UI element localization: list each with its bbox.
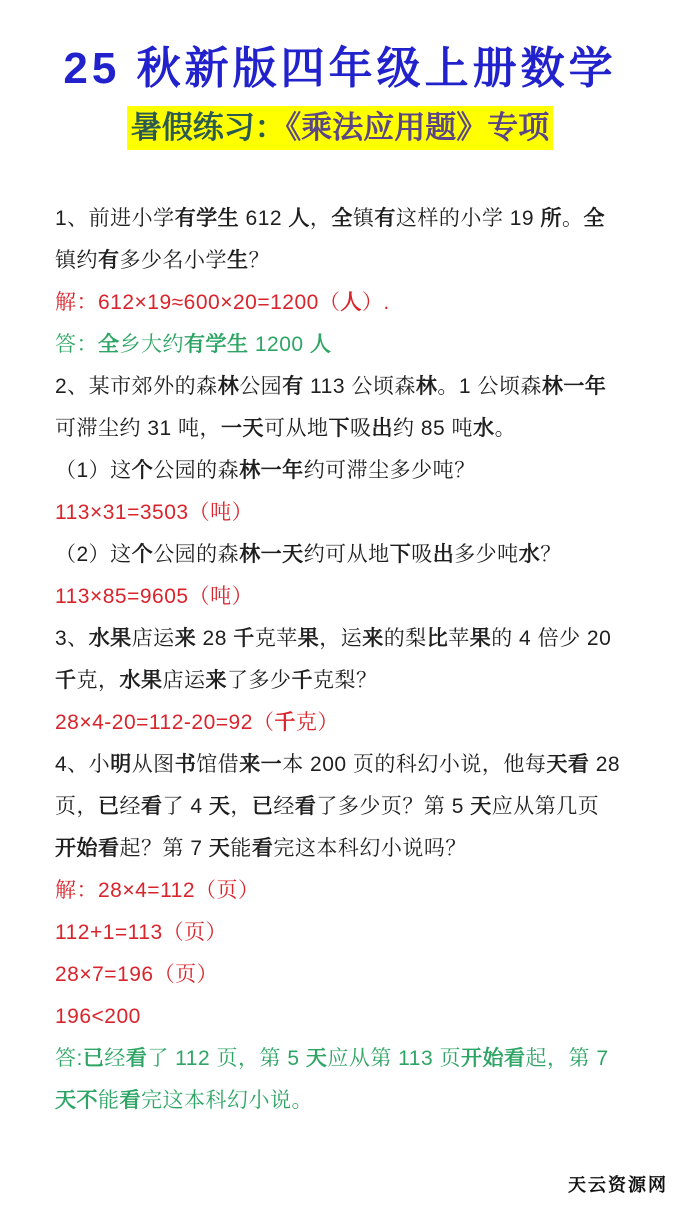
- text-segment-bold: 水: [473, 417, 495, 440]
- text-segment-bold: 书: [175, 753, 197, 776]
- text-segment-bold: 天: [306, 1047, 328, 1070]
- text-segment-bold: 千: [292, 669, 314, 692]
- text-segment-bold: 全: [331, 207, 353, 230]
- text-segment: 镇约: [55, 249, 98, 272]
- text-segment: 克）: [296, 711, 339, 734]
- text-line: 113×31=3503（吨）: [55, 492, 640, 534]
- page-title: 25 秋新版四年级上册数学: [0, 32, 680, 96]
- text-segment: 113×31=3503（吨）: [55, 501, 253, 524]
- text-segment: 4、小: [55, 753, 110, 776]
- text-line: 可滞尘约 31 吨，一天可从地下吸出约 85 吨水。: [55, 408, 640, 450]
- text-segment: 经: [273, 795, 295, 818]
- text-segment: 从图: [132, 753, 175, 776]
- text-segment-bold: 看: [295, 795, 317, 818]
- text-line: 113×85=9605（吨）: [55, 576, 640, 618]
- text-line: 3、水果店运来 28 千克苹果，运来的梨比苹果的 4 倍少 20: [55, 618, 640, 660]
- text-segment-bold: 有学生: [184, 333, 249, 356]
- text-segment: ）.: [362, 291, 390, 314]
- text-segment: 克，: [77, 669, 120, 692]
- text-line: 28×7=196（页）: [55, 954, 640, 996]
- text-segment-bold: 果: [298, 627, 320, 650]
- text-segment: 公园: [239, 375, 282, 398]
- text-line: （2）这个公园的森林一天约可从地下吸出多少吨水？: [55, 534, 640, 576]
- text-segment-bold: 林一天: [239, 543, 304, 566]
- text-segment-bold: 林一年: [239, 459, 304, 482]
- text-segment: 了多少: [227, 669, 292, 692]
- text-segment-bold: 来一: [239, 753, 282, 776]
- text-segment-bold: 果: [470, 627, 492, 650]
- text-segment: 店运: [163, 669, 206, 692]
- text-segment: 约 85 吨: [393, 417, 473, 440]
- text-segment: 馆借: [196, 753, 239, 776]
- document-lines: 1、前进小学有学生 612 人，全镇有这样的小学 19 所。全镇约有多少名小学生…: [55, 198, 640, 1122]
- text-segment: 经: [120, 795, 142, 818]
- text-segment: 113 公顷森: [304, 375, 416, 398]
- text-segment: （1）这: [55, 459, 132, 482]
- text-segment: 了 4: [163, 795, 209, 818]
- text-segment: 1200: [249, 333, 310, 356]
- text-segment-bold: 千: [55, 669, 77, 692]
- text-segment: 28: [589, 753, 620, 776]
- text-segment: 完这本科幻小说吗？: [273, 837, 467, 860]
- text-segment: 公园的森: [153, 459, 239, 482]
- text-segment-bold: 开始看: [461, 1047, 526, 1070]
- text-segment: 28×7=196（页）: [55, 963, 218, 986]
- text-segment-bold: 已: [252, 795, 274, 818]
- text-segment: 28×4-20=112-20=92（: [55, 711, 274, 734]
- text-segment: ，运: [319, 627, 362, 650]
- text-segment: 苹: [448, 627, 470, 650]
- text-line: 112+1=113（页）: [55, 912, 640, 954]
- text-segment: 吸: [350, 417, 372, 440]
- text-segment-bold: 人: [310, 333, 332, 356]
- text-segment-bold: 人: [288, 207, 310, 230]
- text-segment: 吸: [411, 543, 433, 566]
- text-segment-bold: 已: [98, 795, 120, 818]
- text-segment-bold: 看: [126, 1047, 148, 1070]
- text-segment: ？: [540, 543, 562, 566]
- text-line: 答：全乡大约有学生 1200 人: [55, 324, 640, 366]
- text-segment: 多少吨: [454, 543, 519, 566]
- text-segment-bold: 有: [282, 375, 304, 398]
- text-segment: 镇: [353, 207, 375, 230]
- text-segment: 本 200 页的科幻小说，他每: [282, 753, 546, 776]
- text-segment: 完这本科幻小说。: [141, 1089, 313, 1112]
- text-segment: 612: [239, 207, 288, 230]
- text-segment: 2、某市郊外的森: [55, 375, 218, 398]
- text-line: 开始看起？第 7 天能看完这本科幻小说吗？: [55, 828, 640, 870]
- text-segment: 的梨: [384, 627, 427, 650]
- text-segment-bold: 林: [416, 375, 438, 398]
- text-segment-bold: 全: [98, 333, 120, 356]
- text-segment-bold: 林: [218, 375, 240, 398]
- text-segment-bold: 开始看: [55, 837, 120, 860]
- text-segment: 的 4 倍少 20: [491, 627, 611, 650]
- text-segment: 解：612×19≈600×20=1200（: [55, 291, 340, 314]
- text-segment-bold: 水: [519, 543, 541, 566]
- text-segment: 克梨？: [313, 669, 378, 692]
- text-line: 页，已经看了 4 天，已经看了多少页？第 5 天应从第几页: [55, 786, 640, 828]
- text-line: 镇约有多少名小学生？: [55, 240, 640, 282]
- text-segment: 答:: [55, 1047, 83, 1070]
- text-segment: 113×85=9605（吨）: [55, 585, 253, 608]
- text-segment: 1、前进小学: [55, 207, 175, 230]
- text-segment: 多少名小学: [120, 249, 228, 272]
- text-segment-bold: 有: [98, 249, 120, 272]
- text-segment-bold: 天看: [546, 753, 589, 776]
- text-segment: 112+1=113（页）: [55, 921, 227, 944]
- text-segment: 。1 公顷森: [437, 375, 542, 398]
- text-segment: 乡大约: [120, 333, 185, 356]
- text-segment: ，: [310, 207, 332, 230]
- text-segment-bold: 看: [141, 795, 163, 818]
- text-segment-bold: 水果: [89, 627, 132, 650]
- text-segment-bold: 出: [372, 417, 394, 440]
- text-segment-bold: 千: [233, 627, 255, 650]
- text-segment-bold: 个: [132, 543, 154, 566]
- text-segment-bold: 明: [110, 753, 132, 776]
- text-segment: 公园的森: [153, 543, 239, 566]
- text-segment: 应从第几页: [492, 795, 600, 818]
- text-line: 答:已经看了 112 页，第 5 天应从第 113 页开始看起，第 7: [55, 1038, 640, 1080]
- text-segment-bold: 所: [540, 207, 562, 230]
- text-segment-bold: 下: [390, 543, 412, 566]
- text-segment-bold: 有: [374, 207, 396, 230]
- text-segment: 了 112 页，第 5: [147, 1047, 306, 1070]
- text-segment-bold: 出: [433, 543, 455, 566]
- watermark: 天云资源网: [568, 1171, 668, 1197]
- text-line: 4、小明从图书馆借来一本 200 页的科幻小说，他每天看 28: [55, 744, 640, 786]
- text-segment: 。: [562, 207, 584, 230]
- text-segment-bold: 水果: [120, 669, 163, 692]
- text-segment: 了多少页？第 5: [316, 795, 470, 818]
- text-line: 解：612×19≈600×20=1200（人）.: [55, 282, 640, 324]
- text-segment: 店运: [132, 627, 175, 650]
- text-segment-bold: 天不: [55, 1089, 98, 1112]
- text-segment: 约可滞尘多少吨？: [304, 459, 476, 482]
- text-line: 196<200: [55, 996, 640, 1038]
- text-segment-bold: 生: [227, 249, 249, 272]
- text-segment-bold: 来: [206, 669, 228, 692]
- text-line: 2、某市郊外的森林公园有 113 公顷森林。1 公顷森林一年: [55, 366, 640, 408]
- text-segment-bold: 来: [362, 627, 384, 650]
- text-segment: 克苹: [255, 627, 298, 650]
- text-segment-bold: 下: [329, 417, 351, 440]
- text-segment: 28: [196, 627, 233, 650]
- subtitle-main: 《乘法应用题》专项: [286, 110, 550, 145]
- text-segment-bold: 看: [252, 837, 274, 860]
- text-segment: 经: [104, 1047, 126, 1070]
- text-segment: 能: [230, 837, 252, 860]
- text-segment: 196<200: [55, 1005, 141, 1028]
- text-segment-bold: 看: [120, 1089, 142, 1112]
- text-line: 解：28×4=112（页）: [55, 870, 640, 912]
- text-segment: 起，第 7: [526, 1047, 609, 1070]
- text-segment-bold: 天: [470, 795, 492, 818]
- subtitle-row: 暑假练习：《乘法应用题》专项: [0, 106, 680, 150]
- subtitle-prefix: 暑假练习：: [131, 110, 286, 145]
- text-segment-bold: 人: [340, 291, 362, 314]
- text-segment: 约可从地: [304, 543, 390, 566]
- text-segment-bold: 来: [175, 627, 197, 650]
- text-segment: 可滞尘约 31 吨，: [55, 417, 221, 440]
- text-segment-bold: 已: [83, 1047, 105, 1070]
- text-segment: 能: [98, 1089, 120, 1112]
- text-segment-bold: 林一年: [542, 375, 607, 398]
- text-segment-bold: 个: [132, 459, 154, 482]
- text-segment-bold: 天: [209, 795, 231, 818]
- text-segment-bold: 比: [427, 627, 449, 650]
- text-segment: ，: [230, 795, 252, 818]
- text-line: 1、前进小学有学生 612 人，全镇有这样的小学 19 所。全: [55, 198, 640, 240]
- text-segment: （2）这: [55, 543, 132, 566]
- text-segment: 页，: [55, 795, 98, 818]
- subtitle-highlight: 暑假练习：《乘法应用题》专项: [127, 106, 554, 150]
- text-segment: 解：28×4=112（页）: [55, 879, 260, 902]
- text-line: 千克，水果店运来了多少千克梨？: [55, 660, 640, 702]
- text-segment: 可从地: [264, 417, 329, 440]
- text-segment-bold: 天: [209, 837, 231, 860]
- text-segment: 应从第 113 页: [327, 1047, 461, 1070]
- text-line: 28×4-20=112-20=92（千克）: [55, 702, 640, 744]
- text-line: （1）这个公园的森林一年约可滞尘多少吨？: [55, 450, 640, 492]
- text-segment-bold: 全: [583, 207, 605, 230]
- text-segment-bold: 一天: [221, 417, 264, 440]
- text-line: 天不能看完这本科幻小说。: [55, 1080, 640, 1122]
- text-segment: 3、: [55, 627, 89, 650]
- text-segment: ？: [249, 249, 271, 272]
- text-segment-bold: 有学生: [175, 207, 240, 230]
- text-segment: 。: [495, 417, 517, 440]
- text-segment-bold: 千: [274, 711, 296, 734]
- text-segment: 这样的小学 19: [396, 207, 541, 230]
- text-segment: 起？第 7: [120, 837, 209, 860]
- text-segment: 答：: [55, 333, 98, 356]
